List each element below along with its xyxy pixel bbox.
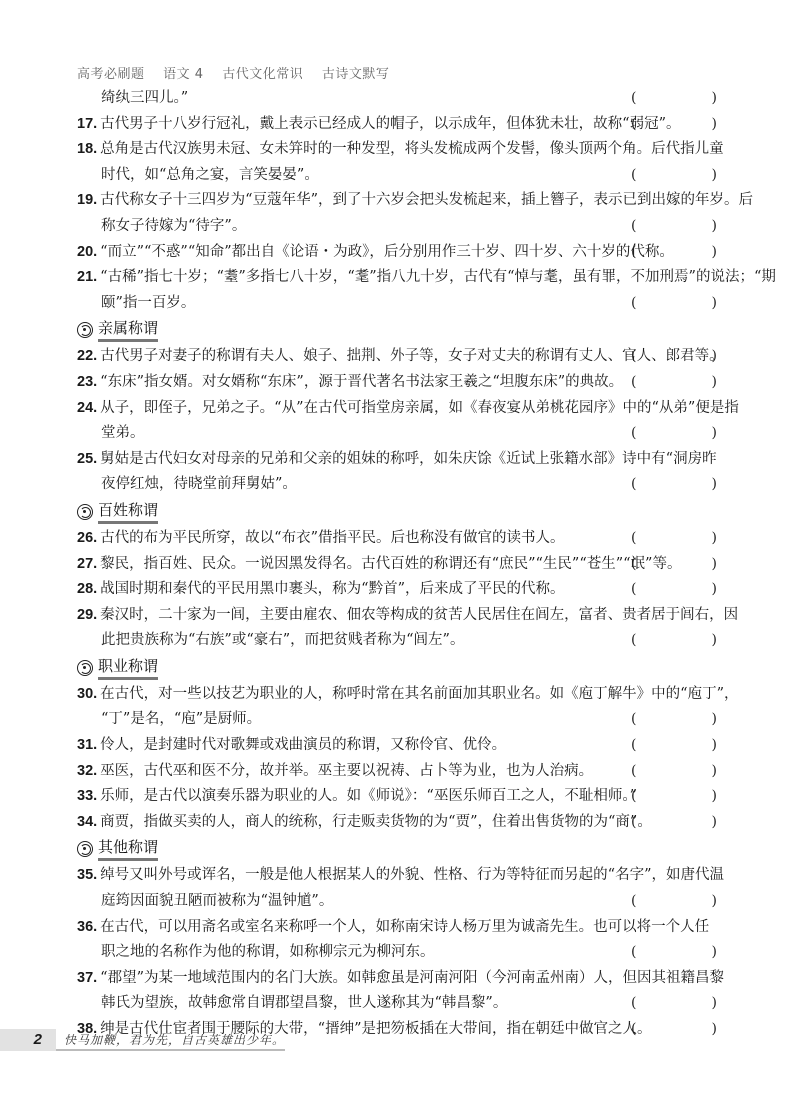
question-continuation: 时代，如“总角之宴，言笑晏晏”。() (77, 163, 717, 189)
open-paren: ( (631, 552, 636, 578)
question-text: “郡望”为某一地域范围内的名门大族。如韩愈虽是河南河阳（今河南孟州南）人，但因其… (100, 970, 724, 986)
question-number: 37. (77, 970, 97, 986)
open-paren: ( (631, 628, 636, 654)
question-text: 古代称女子十三四岁为“豆蔻年华”，到了十六岁会把头发梳起来，插上簪子，表示已到出… (100, 192, 753, 208)
question-item: 31.伶人，是封建时代对歌舞或戏曲演员的称谓，又称伶官、优伶。() (77, 733, 717, 759)
question-text: 古代男子十八岁行冠礼，戴上表示已经成人的帽子，以示成年，但体犹未壮，故称“弱冠”… (100, 116, 680, 132)
open-paren: ( (631, 810, 636, 836)
question-number: 28. (77, 581, 97, 597)
answer-blank[interactable]: () (631, 784, 717, 810)
open-paren: ( (631, 163, 636, 189)
answer-blank[interactable]: () (631, 991, 717, 1017)
question-number: 29. (77, 607, 97, 623)
header-subject: 语文 4 (163, 67, 203, 82)
section-title: 百姓称谓 (98, 500, 158, 524)
answer-blank[interactable]: () (631, 940, 717, 966)
question-item: 22.古代男子对妻子的称谓有夫人、娘子、拙荆、外子等，女子对丈夫的称谓有丈人、官… (77, 344, 717, 370)
answer-blank[interactable]: () (631, 112, 717, 138)
question-number: 22. (77, 348, 97, 364)
question-item: 32.巫医，古代巫和医不分，故并举。巫主要以祝祷、占卜等为业，也为人治病。() (77, 759, 717, 785)
question-number: 30. (77, 686, 97, 702)
question-text: 在古代，可以用斋名或室名来称呼一个人，如称南宋诗人杨万里为诚斋先生。也可以将一个… (100, 919, 709, 935)
question-continuation: 夜停红烛，待晓堂前拜舅姑”。() (77, 472, 717, 498)
open-paren: ( (631, 1017, 636, 1043)
question-item: 26.古代的布为平民所穿，故以“布衣”借指平民。后也称没有做官的读书人。() (77, 526, 717, 552)
question-item: 27.黎民，指百姓、民众。一说因黑发得名。古代百姓的称谓还有“庶民”“生民”“苍… (77, 552, 717, 578)
question-continuation: 堂弟。() (77, 421, 717, 447)
question-item: 25.舅姑是古代妇女对母亲的兄弟和父亲的姐妹的称呼，如朱庆馀《近试上张籍水部》诗… (77, 447, 717, 473)
question-text: “而立”“不惑”“知命”都出自《论语・为政》，后分别用作三十岁、四十岁、六十岁的… (100, 244, 674, 260)
question-item: 36.在古代，可以用斋名或室名来称呼一个人，如称南宋诗人杨万里为诚斋先生。也可以… (77, 915, 717, 941)
section-heading: 职业称谓 (77, 654, 717, 682)
question-item: 23.“东床”指女婿。对女婿称“东床”，源于晋代著名书法家王羲之“坦腹东床”的典… (77, 370, 717, 396)
open-paren: ( (631, 784, 636, 810)
question-text: 从子，即侄子，兄弟之子。“从”在古代可指堂房亲属，如《春夜宴从弟桃花园序》中的“… (100, 400, 739, 416)
close-paren: ) (712, 240, 717, 266)
question-text: 此把贵族称为“右族”或“豪右”，而把贫贱者称为“闾左”。 (101, 632, 464, 648)
question-number: 34. (77, 814, 97, 830)
question-item: 18.总角是古代汉族男未冠、女未笄时的一种发型，将头发梳成两个发髻，像头顶两个角… (77, 137, 717, 163)
answer-blank[interactable]: () (631, 1017, 717, 1043)
question-item: 17.古代男子十八岁行冠礼，戴上表示已经成人的帽子，以示成年，但体犹未壮，故称“… (77, 112, 717, 138)
close-paren: ) (712, 784, 717, 810)
question-text: 古代的布为平民所穿，故以“布衣”借指平民。后也称没有做官的读书人。 (100, 530, 564, 546)
question-item: 30.在古代，对一些以技艺为职业的人，称呼时常在其名前面加其职业名。如《庖丁解牛… (77, 682, 717, 708)
question-number: 32. (77, 763, 97, 779)
question-item: 21.“古稀”指七十岁；“耋”多指七八十岁，“耄”指八九十岁，古代有“悼与耄，虽… (77, 265, 717, 291)
question-text: 商贾，指做买卖的人，商人的统称，行走贩卖货物的为“贾”，住着出售货物的为“商”。 (100, 814, 652, 830)
section-heading: 其他称谓 (77, 835, 717, 863)
close-paren: ) (712, 526, 717, 552)
question-item: 35.绰号又叫外号或诨名，一般是他人根据某人的外貌、性格、行为等特征而另起的“名… (77, 863, 717, 889)
answer-blank[interactable]: () (631, 810, 717, 836)
answer-blank[interactable]: () (631, 707, 717, 733)
close-paren: ) (712, 733, 717, 759)
question-text: 庭筠因面貌丑陋而被称为“温钟馗”。 (101, 893, 333, 909)
question-text: 绮纨三四儿。” (101, 90, 188, 106)
question-text: 在古代，对一些以技艺为职业的人，称呼时常在其名前面加其职业名。如《庖丁解牛》中的… (100, 686, 738, 702)
question-continuation: 庭筠因面貌丑陋而被称为“温钟馗”。() (77, 889, 717, 915)
answer-blank[interactable]: () (631, 577, 717, 603)
section-bullet-icon (77, 841, 93, 857)
open-paren: ( (631, 733, 636, 759)
question-number: 27. (77, 556, 97, 572)
open-paren: ( (631, 86, 636, 112)
question-text: “丁”是名，“庖”是厨师。 (101, 711, 261, 727)
question-number: 26. (77, 530, 97, 546)
question-text: 夜停红烛，待晓堂前拜舅姑”。 (101, 476, 297, 492)
open-paren: ( (631, 707, 636, 733)
question-continuation: 职之地的名称作为他的称谓，如称柳宗元为柳河东。() (77, 940, 717, 966)
section-heading: 百姓称谓 (77, 498, 717, 526)
question-number: 18. (77, 141, 97, 157)
header-subtopic: 古诗文默写 (322, 67, 390, 82)
close-paren: ) (712, 1017, 717, 1043)
close-paren: ) (712, 291, 717, 317)
answer-blank[interactable]: () (631, 344, 717, 370)
question-text: 韩氏为望族，故韩愈常自谓郡望昌黎，世人遂称其为“韩昌黎”。 (101, 995, 507, 1011)
question-text: 伶人，是封建时代对歌舞或戏曲演员的称谓，又称伶官、优伶。 (100, 737, 506, 753)
question-text: “古稀”指七十岁；“耋”多指七八十岁，“耄”指八九十岁，古代有“悼与耄，虽有罪，… (100, 269, 776, 285)
close-paren: ) (712, 344, 717, 370)
close-paren: ) (712, 759, 717, 785)
question-text: 秦汉时，二十家为一闾，主要由雇农、佃农等构成的贫苦人民居住在闾左，富者、贵者居于… (100, 607, 738, 623)
section-heading: 亲属称谓 (77, 316, 717, 344)
answer-blank[interactable]: () (631, 889, 717, 915)
close-paren: ) (712, 163, 717, 189)
running-header: 高考必刷题 语文 4 古代文化常识 古诗文默写 (77, 63, 403, 82)
section-bullet-icon (77, 660, 93, 676)
answer-blank[interactable]: () (631, 86, 717, 112)
answer-blank[interactable]: () (631, 214, 717, 240)
header-book: 高考必刷题 (77, 67, 145, 82)
open-paren: ( (631, 240, 636, 266)
answer-blank[interactable]: () (631, 421, 717, 447)
open-paren: ( (631, 472, 636, 498)
answer-blank[interactable]: () (631, 759, 717, 785)
question-number: 21. (77, 269, 97, 285)
header-topic: 古代文化常识 (222, 67, 303, 82)
open-paren: ( (631, 112, 636, 138)
question-list: 绮纨三四儿。”()17.古代男子十八岁行冠礼，戴上表示已经成人的帽子，以示成年，… (77, 86, 717, 1043)
close-paren: ) (712, 472, 717, 498)
section-title: 亲属称谓 (98, 318, 158, 342)
close-paren: ) (712, 889, 717, 915)
question-number: 19. (77, 192, 97, 208)
question-number: 33. (77, 788, 97, 804)
question-continuation: 颐”指一百岁。() (77, 291, 717, 317)
question-number: 24. (77, 400, 97, 416)
question-text: 战国时期和秦代的平民用黑巾裹头，称为“黔首”，后来成了平民的代称。 (100, 581, 564, 597)
question-text: 职之地的名称作为他的称谓，如称柳宗元为柳河东。 (101, 944, 435, 960)
question-number: 23. (77, 374, 97, 390)
close-paren: ) (712, 552, 717, 578)
open-paren: ( (631, 991, 636, 1017)
close-paren: ) (712, 370, 717, 396)
page-footer: 2 快马加鞭，君为先，自古英雄出少年。 (0, 1029, 285, 1051)
question-continuation: 此把贵族称为“右族”或“豪右”，而把贫贱者称为“闾左”。() (77, 628, 717, 654)
section-bullet-icon (77, 504, 93, 520)
open-paren: ( (631, 889, 636, 915)
question-text: 颐”指一百岁。 (101, 295, 195, 311)
question-continuation: “丁”是名，“庖”是厨师。() (77, 707, 717, 733)
question-number: 31. (77, 737, 97, 753)
question-continuation: 韩氏为望族，故韩愈常自谓郡望昌黎，世人遂称其为“韩昌黎”。() (77, 991, 717, 1017)
question-text: 乐师，是古代以演奏乐器为职业的人。如《师说》：“巫医乐师百工之人，不耻相师。” (100, 788, 637, 804)
question-text: 时代，如“总角之宴，言笑晏晏”。 (101, 167, 319, 183)
answer-blank[interactable]: () (631, 552, 717, 578)
question-text: 黎民，指百姓、民众。一说因黑发得名。古代百姓的称谓还有“庶民”“生民”“苍生”“… (100, 556, 681, 572)
question-continuation: 绮纨三四儿。”() (77, 86, 717, 112)
question-text: 绰号又叫外号或诨名，一般是他人根据某人的外貌、性格、行为等特征而另起的“名字”，… (100, 867, 724, 883)
section-bullet-icon (77, 322, 93, 338)
question-text: 称女子待嫁为“待字”。 (101, 218, 246, 234)
answer-blank[interactable]: () (631, 628, 717, 654)
answer-blank[interactable]: () (631, 526, 717, 552)
question-item: 34.商贾，指做买卖的人，商人的统称，行走贩卖货物的为“贾”，住着出售货物的为“… (77, 810, 717, 836)
open-paren: ( (631, 344, 636, 370)
question-item: 20.“而立”“不惑”“知命”都出自《论语・为政》，后分别用作三十岁、四十岁、六… (77, 240, 717, 266)
close-paren: ) (712, 112, 717, 138)
open-paren: ( (631, 759, 636, 785)
close-paren: ) (712, 707, 717, 733)
close-paren: ) (712, 577, 717, 603)
open-paren: ( (631, 214, 636, 240)
answer-blank[interactable]: () (631, 472, 717, 498)
question-text: 巫医，古代巫和医不分，故并举。巫主要以祝祷、占卜等为业，也为人治病。 (100, 763, 593, 779)
close-paren: ) (712, 940, 717, 966)
open-paren: ( (631, 577, 636, 603)
answer-blank[interactable]: () (631, 240, 717, 266)
open-paren: ( (631, 940, 636, 966)
section-title: 其他称谓 (98, 837, 158, 861)
close-paren: ) (712, 628, 717, 654)
question-item: 19.古代称女子十三四岁为“豆蔻年华”，到了十六岁会把头发梳起来，插上簪子，表示… (77, 188, 717, 214)
close-paren: ) (712, 810, 717, 836)
question-item: 33.乐师，是古代以演奏乐器为职业的人。如《师说》：“巫医乐师百工之人，不耻相师… (77, 784, 717, 810)
question-number: 36. (77, 919, 97, 935)
question-text: 堂弟。 (101, 425, 145, 441)
answer-blank[interactable]: () (631, 370, 717, 396)
answer-blank[interactable]: () (631, 163, 717, 189)
question-number: 20. (77, 244, 97, 260)
question-item: 29.秦汉时，二十家为一闾，主要由雇农、佃农等构成的贫苦人民居住在闾左，富者、贵… (77, 603, 717, 629)
question-continuation: 称女子待嫁为“待字”。() (77, 214, 717, 240)
close-paren: ) (712, 991, 717, 1017)
open-paren: ( (631, 421, 636, 447)
footer-motto: 快马加鞭，君为先，自古英雄出少年。 (64, 1029, 285, 1051)
open-paren: ( (631, 526, 636, 552)
question-number: 17. (77, 116, 97, 132)
answer-blank[interactable]: () (631, 291, 717, 317)
close-paren: ) (712, 421, 717, 447)
question-text: “东床”指女婿。对女婿称“东床”，源于晋代著名书法家王羲之“坦腹东床”的典故。 (100, 374, 623, 390)
question-item: 24.从子，即侄子，兄弟之子。“从”在古代可指堂房亲属，如《春夜宴从弟桃花园序》… (77, 396, 717, 422)
question-number: 35. (77, 867, 97, 883)
open-paren: ( (631, 370, 636, 396)
question-item: 28.战国时期和秦代的平民用黑巾裹头，称为“黔首”，后来成了平民的代称。() (77, 577, 717, 603)
question-text: 总角是古代汉族男未冠、女未笄时的一种发型，将头发梳成两个发髻，像头顶两个角。后代… (100, 141, 724, 157)
page-number: 2 (0, 1029, 56, 1051)
question-item: 37.“郡望”为某一地域范围内的名门大族。如韩愈虽是河南河阳（今河南孟州南）人，… (77, 966, 717, 992)
section-title: 职业称谓 (98, 656, 158, 680)
question-number: 25. (77, 451, 97, 467)
answer-blank[interactable]: () (631, 733, 717, 759)
close-paren: ) (712, 214, 717, 240)
close-paren: ) (712, 86, 717, 112)
question-text: 舅姑是古代妇女对母亲的兄弟和父亲的姐妹的称呼，如朱庆馀《近试上张籍水部》诗中有“… (100, 451, 716, 467)
open-paren: ( (631, 291, 636, 317)
